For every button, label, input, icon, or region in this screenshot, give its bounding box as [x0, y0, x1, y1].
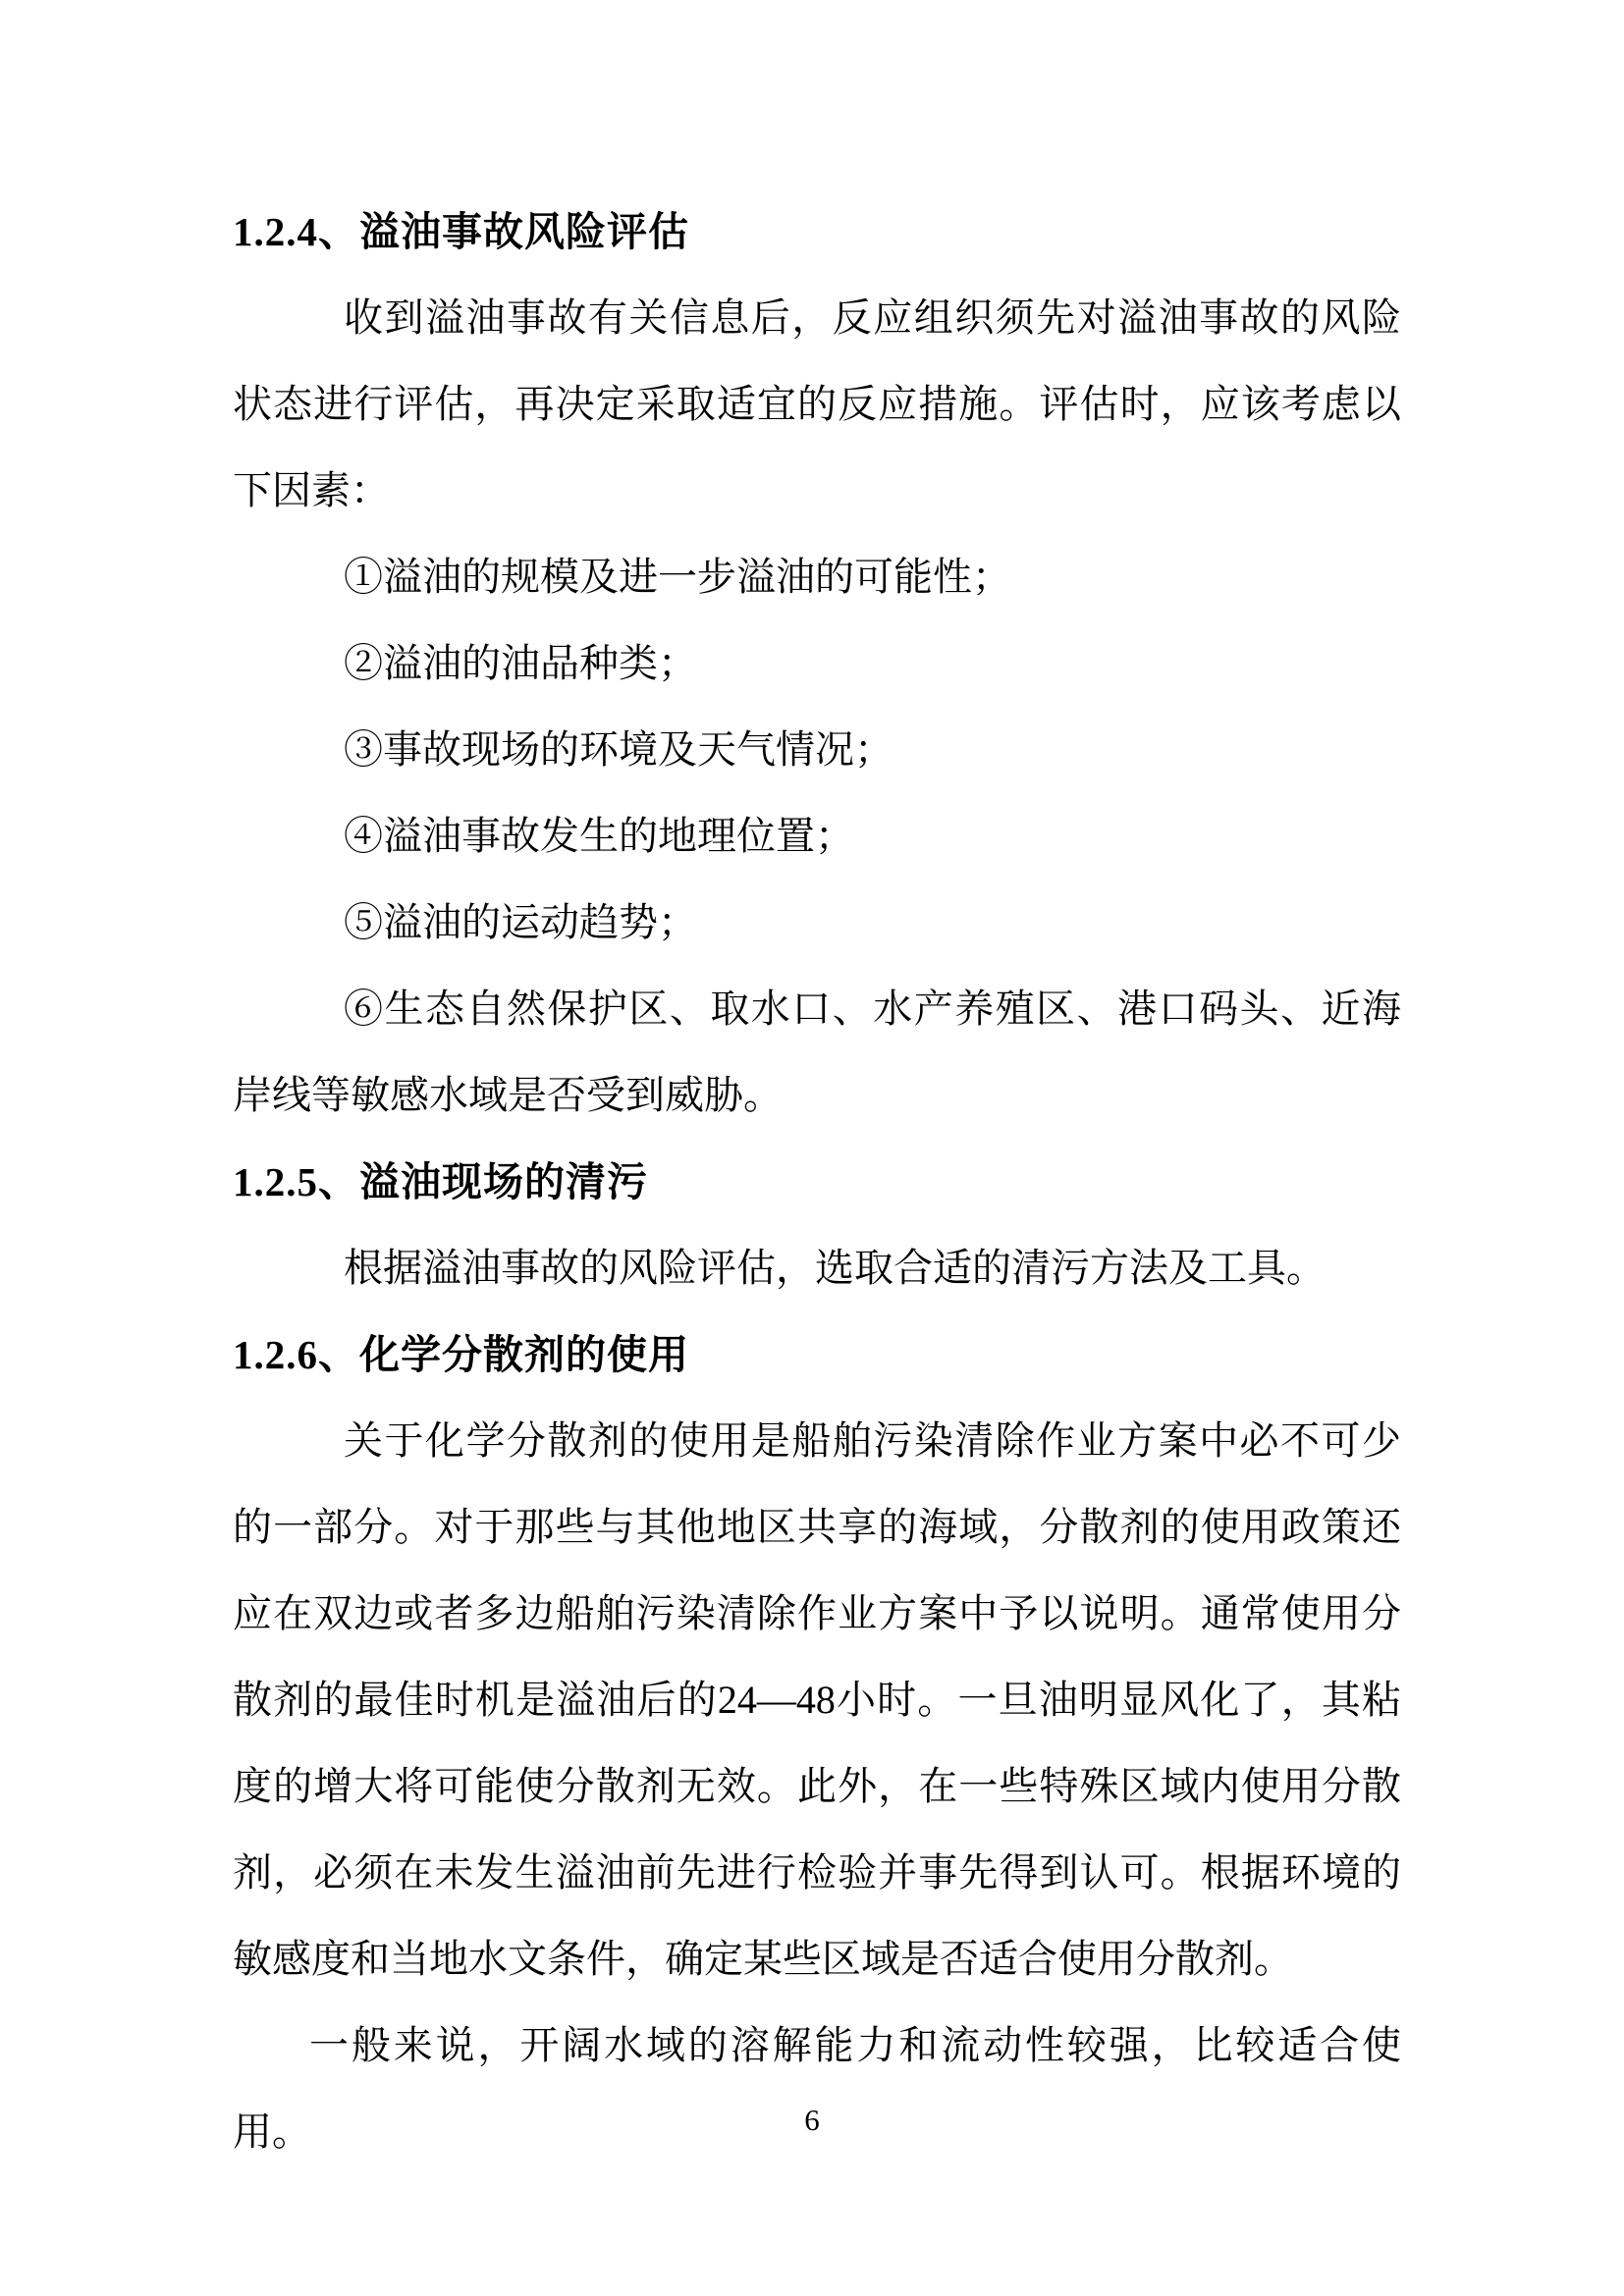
- document-page: 1.2.4、溢油事故风险评估 收到溢油事故有关信息后，反应组织须先对溢油事故的风…: [0, 0, 1624, 2296]
- section-heading-1-2-5: 1.2.5、溢油现场的清污: [233, 1139, 1401, 1225]
- page-number: 6: [0, 2091, 1624, 2150]
- paragraph-cleanup: 根据溢油事故的风险评估，选取合适的清污方法及工具。: [233, 1225, 1401, 1311]
- list-item-5: ⑤溢油的运动趋势；: [233, 880, 1401, 966]
- document-content: 1.2.4、溢油事故风险评估 收到溢油事故有关信息后，反应组织须先对溢油事故的风…: [233, 188, 1401, 2175]
- list-item-4: ④溢油事故发生的地理位置；: [233, 793, 1401, 880]
- list-item-3: ③事故现场的环境及天气情况；: [233, 707, 1401, 793]
- list-item-6: ⑥生态自然保护区、取水口、水产养殖区、港口码头、近海岸线等敏感水域是否受到威胁。: [233, 966, 1401, 1139]
- section-heading-1-2-4: 1.2.4、溢油事故风险评估: [233, 188, 1401, 275]
- section-heading-1-2-6: 1.2.6、化学分散剂的使用: [233, 1311, 1401, 1398]
- list-item-2: ②溢油的油品种类；: [233, 620, 1401, 707]
- list-item-1: ①溢油的规模及进一步溢油的可能性；: [233, 534, 1401, 620]
- paragraph-risk-assessment: 收到溢油事故有关信息后，反应组织须先对溢油事故的风险状态进行评估，再决定采取适宜…: [233, 275, 1401, 534]
- paragraph-dispersant-use: 关于化学分散剂的使用是船舶污染清除作业方案中必不可少的一部分。对于那些与其他地区…: [233, 1398, 1401, 2002]
